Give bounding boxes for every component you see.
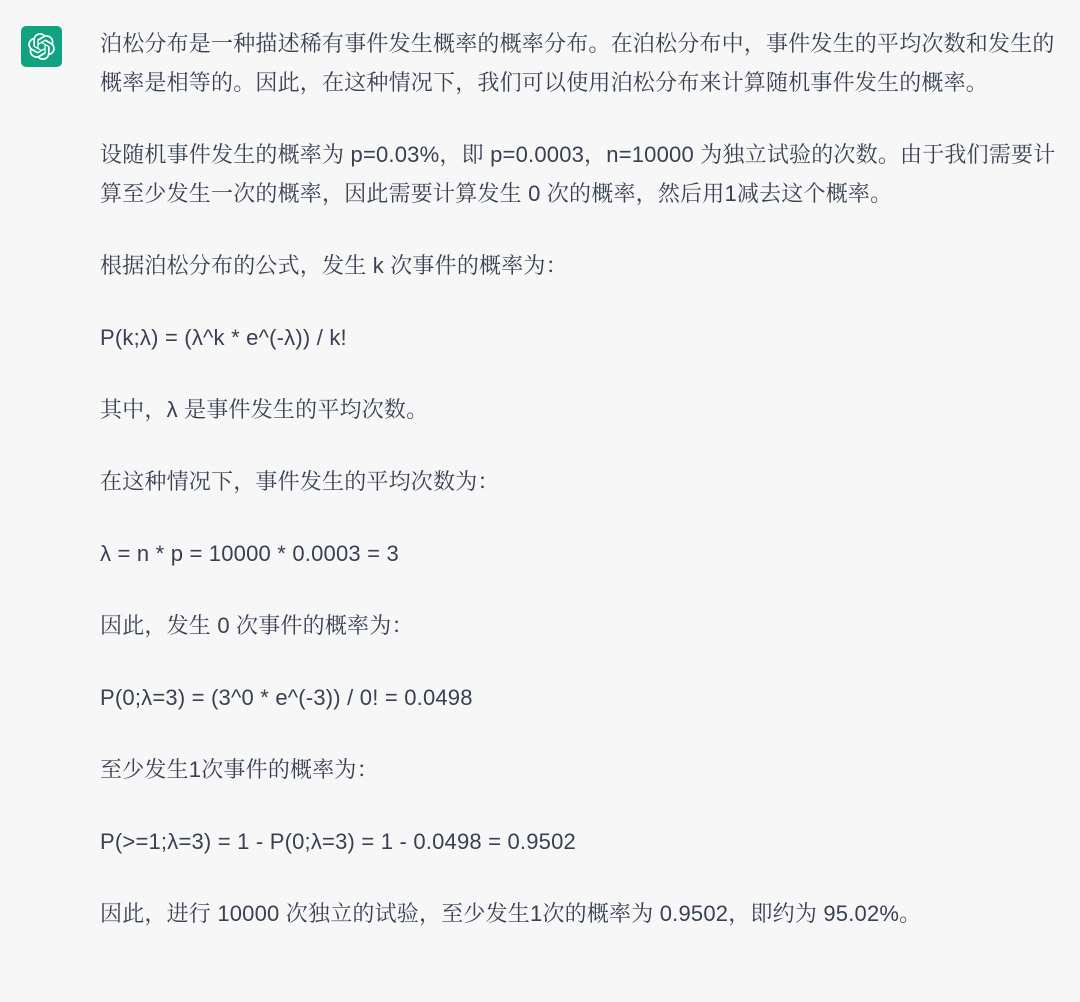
message-paragraph: 其中，λ 是事件发生的平均次数。 [100,390,1056,429]
message-formula: λ = n * p = 10000 * 0.0003 = 3 [100,534,1056,573]
message-content: 泊松分布是一种描述稀有事件发生概率的概率分布。在泊松分布中，事件发生的平均次数和… [100,24,1056,933]
openai-logo-icon [28,33,55,60]
message-formula: P(>=1;λ=3) = 1 - P(0;λ=3) = 1 - 0.0498 =… [100,822,1056,861]
assistant-avatar [21,26,62,67]
message-paragraph: 因此，发生 0 次事件的概率为： [100,606,1056,645]
message-formula: P(k;λ) = (λ^k * e^(-λ)) / k! [100,318,1056,357]
message-paragraph: 在这种情况下，事件发生的平均次数为： [100,462,1056,501]
message-paragraph: 至少发生1次事件的概率为： [100,750,1056,789]
message-paragraph: 泊松分布是一种描述稀有事件发生概率的概率分布。在泊松分布中，事件发生的平均次数和… [100,24,1056,102]
message-paragraph: 根据泊松分布的公式，发生 k 次事件的概率为： [100,246,1056,285]
message-paragraph: 设随机事件发生的概率为 p=0.03%，即 p=0.0003，n=10000 为… [100,135,1056,213]
message-formula: P(0;λ=3) = (3^0 * e^(-3)) / 0! = 0.0498 [100,678,1056,717]
message-paragraph: 因此，进行 10000 次独立的试验，至少发生1次的概率为 0.9502，即约为… [100,894,1056,933]
assistant-message: 泊松分布是一种描述稀有事件发生概率的概率分布。在泊松分布中，事件发生的平均次数和… [0,0,1080,1002]
